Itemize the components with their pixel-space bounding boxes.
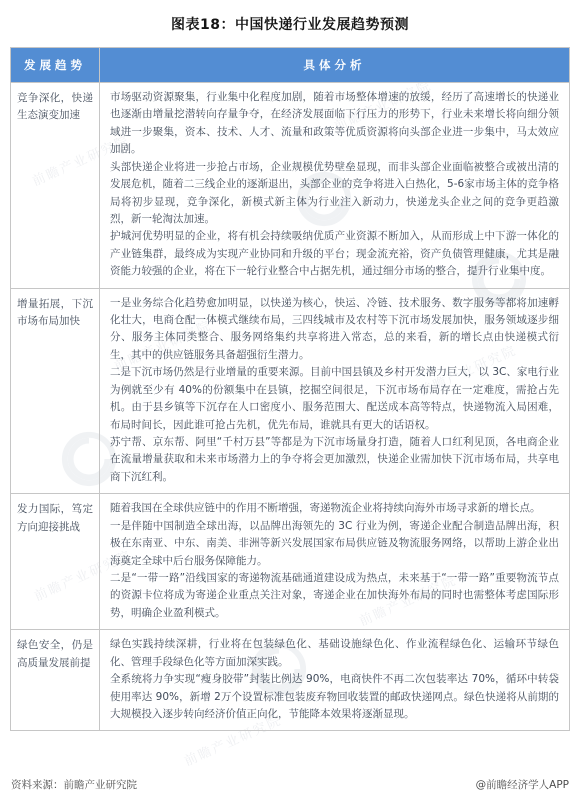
source-note: 资料来源：前瞻产业研究院 — [11, 777, 137, 792]
analysis-cell: 一是业务综合化趋势愈加明显，以快递为核心，快运、冷链、技术服务、数字服务等都将加… — [100, 288, 570, 494]
trend-cell: 增量拓展，下沉市场布局加快 — [11, 288, 100, 494]
content-layer: 图表18：中国快递行业发展趋势预测 发展趋势 具体分析 竞争深化，快递生态演变加… — [10, 8, 570, 794]
analysis-paragraph: 苏宁帮、京东帮、阿里“千村万县”等都是为下沉市场量身打造，随着人口红利见顶，各电… — [110, 434, 559, 486]
analysis-paragraph: 二是下沉市场仍然是行业增量的重要来源。目前中国县镇及乡村开发潜力巨大，以 3C、… — [110, 364, 559, 434]
footer: 资料来源：前瞻产业研究院 @前瞻经济学人APP — [10, 771, 570, 794]
analysis-cell: 随着我国在全球供应链中的作用不断增强，寄递物流企业将持续向海外市场寻求新的增长点… — [100, 494, 570, 630]
analysis-paragraph: 全系统将力争实现“瘦身胶带”封装比例达 90%，电商快件不再二次包装率达 70%… — [110, 671, 559, 723]
analysis-paragraph: 头部快递企业将进一步抢占市场，企业规模优势壁垒显现，而非头部企业面临被整合或被出… — [110, 159, 559, 229]
analysis-paragraph: 一是业务综合化趋势愈加明显，以快递为核心，快运、冷链、技术服务、数字服务等都将加… — [110, 295, 559, 365]
trend-cell: 绿色安全，仍是高质量发展前提 — [11, 630, 100, 731]
header-cell-trend: 发展趋势 — [11, 48, 100, 83]
analysis-paragraph: 一是伴随中国制造全球出海，以品牌出海领先的 3C 行业为例，寄递企业配合制造品牌… — [110, 518, 559, 570]
page-title: 图表18：中国快递行业发展趋势预测 — [10, 14, 570, 34]
table-row: 发力国际，笃定方向迎接挑战随着我国在全球供应链中的作用不断增强，寄递物流企业将持… — [11, 494, 570, 630]
report-page: 前瞻产业研究院 前瞻产业研究院 前瞻产业研究院 前瞻产业研究院 前瞻产业研究院 … — [0, 0, 579, 800]
table-row: 增量拓展，下沉市场布局加快一是业务综合化趋势愈加明显，以快递为核心，快运、冷链、… — [11, 288, 570, 494]
header-cell-analysis: 具体分析 — [100, 48, 570, 83]
analysis-paragraph: 二是“一带一路”沿线国家的寄递物流基础通道建设成为热点，未来基于“一带一路”重要… — [110, 570, 559, 622]
analysis-cell: 绿色实践持续深耕，行业将在包装绿色化、基础设施绿色化、作业流程绿色化、运输环节绿… — [100, 630, 570, 731]
analysis-paragraph: 市场驱动资源聚集，行业集中化程度加剧，随着市场整体增速的放缓，经历了高速增长的快… — [110, 89, 559, 159]
credit-note: @前瞻经济学人APP — [476, 777, 569, 792]
trend-table-body: 竞争深化，快递生态演变加速市场驱动资源聚集，行业集中化程度加剧，随着市场整体增速… — [11, 83, 570, 731]
trend-table: 发展趋势 具体分析 竞争深化，快递生态演变加速市场驱动资源聚集，行业集中化程度加… — [10, 47, 570, 731]
table-row: 绿色安全，仍是高质量发展前提绿色实践持续深耕，行业将在包装绿色化、基础设施绿色化… — [11, 630, 570, 731]
analysis-cell: 市场驱动资源聚集，行业集中化程度加剧，随着市场整体增速的放缓，经历了高速增长的快… — [100, 83, 570, 289]
analysis-paragraph: 护城河优势明显的企业，将有机会持续吸纳优质产业资源不断加入，从而形成上中下游一体… — [110, 228, 559, 280]
analysis-paragraph: 随着我国在全球供应链中的作用不断增强，寄递物流企业将持续向海外市场寻求新的增长点… — [110, 500, 559, 517]
trend-table-header: 发展趋势 具体分析 — [11, 48, 570, 83]
header-row: 发展趋势 具体分析 — [11, 48, 570, 83]
table-row: 竞争深化，快递生态演变加速市场驱动资源聚集，行业集中化程度加剧，随着市场整体增速… — [11, 83, 570, 289]
analysis-paragraph: 绿色实践持续深耕，行业将在包装绿色化、基础设施绿色化、作业流程绿色化、运输环节绿… — [110, 636, 559, 671]
trend-cell: 发力国际，笃定方向迎接挑战 — [11, 494, 100, 630]
trend-cell: 竞争深化，快递生态演变加速 — [11, 83, 100, 289]
